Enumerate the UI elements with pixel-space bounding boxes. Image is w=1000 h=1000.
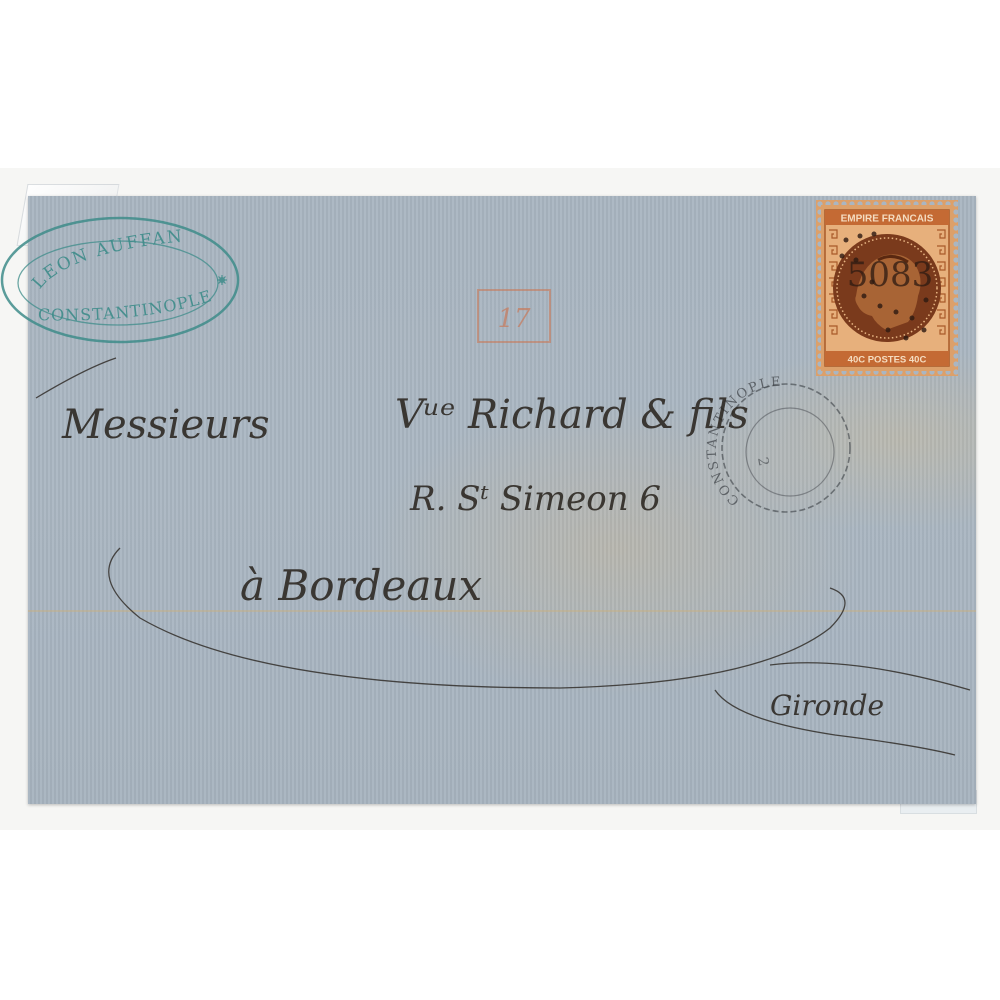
postage-stamp: EMPIRE FRANCAIS 40C POSTES 40C 5083 <box>816 200 958 376</box>
stamp-bottom-text: 40C POSTES 40C <box>848 355 927 366</box>
fold-line <box>28 610 976 612</box>
stamp-top-text: EMPIRE FRANCAIS <box>841 214 934 225</box>
cancellation-number: 5083 <box>847 255 934 295</box>
